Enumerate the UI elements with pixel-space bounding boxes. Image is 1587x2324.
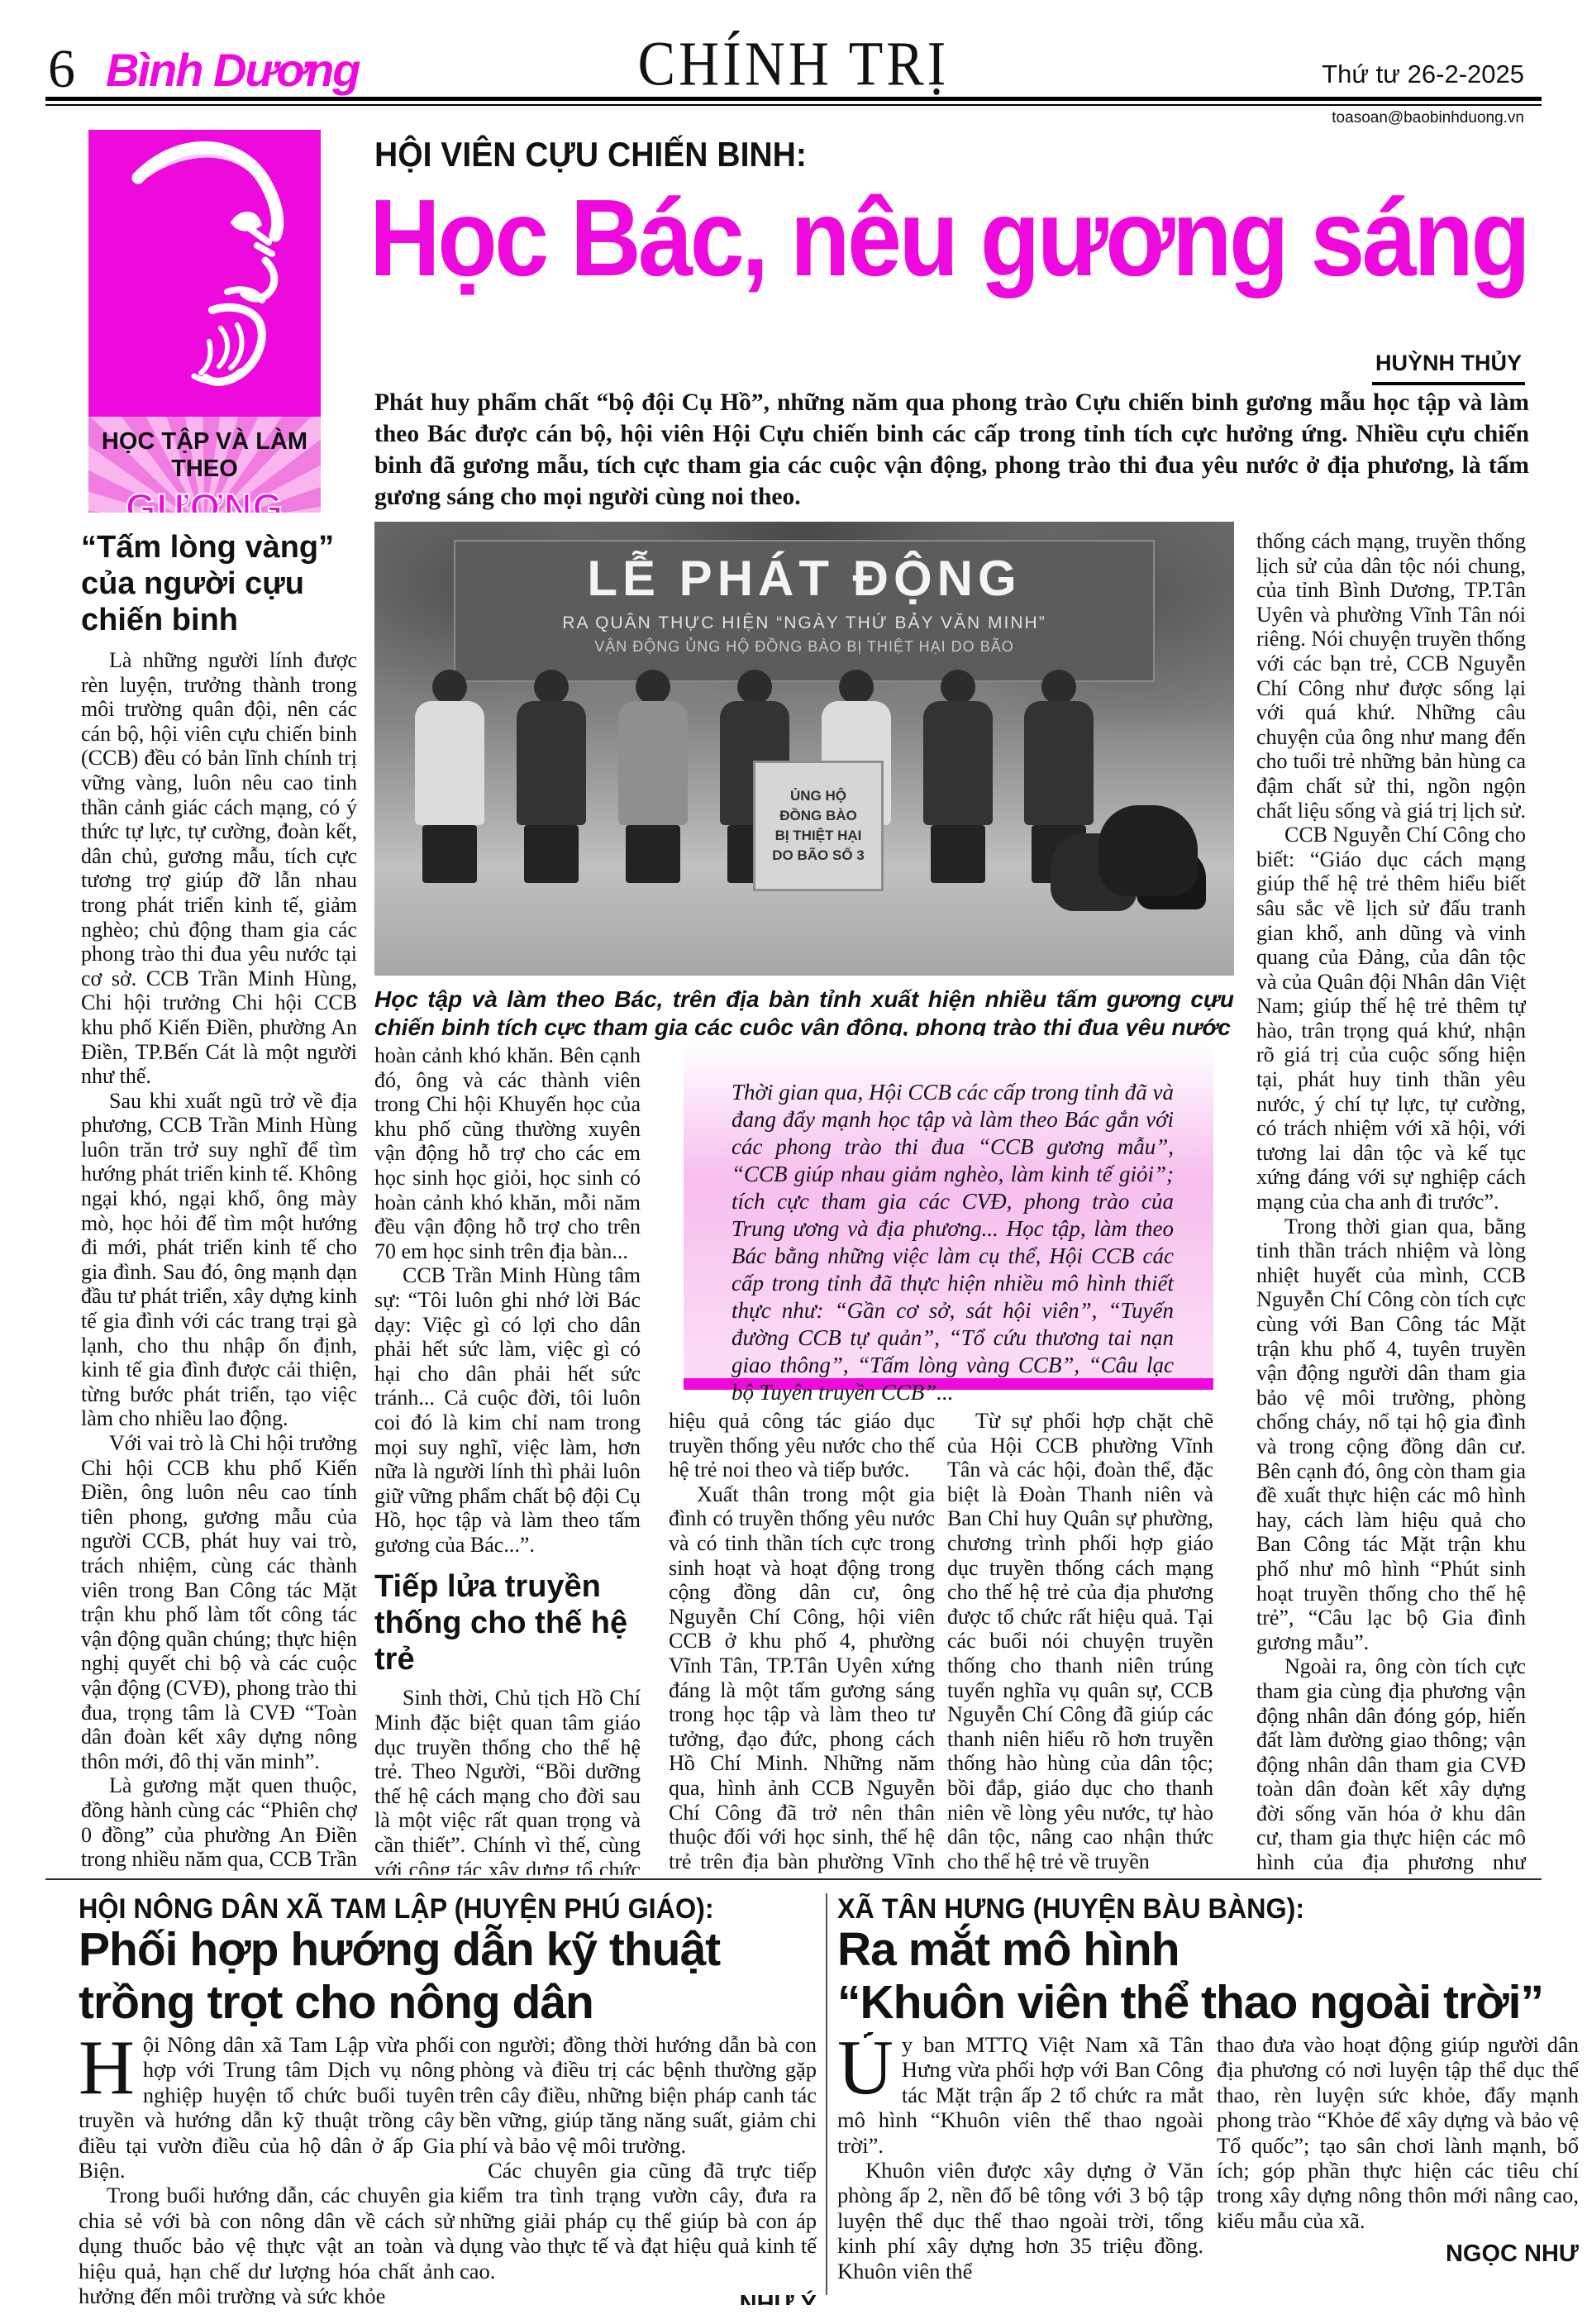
photo-banner-title: LỄ PHÁT ĐỘNG: [455, 550, 1153, 607]
bottom-left-col2: con người; đồng thời hướng dẫn bà con ph…: [460, 2032, 817, 2305]
article-paragraph: thống cách mạng, truyền thống lịch sử củ…: [1256, 529, 1526, 823]
article-paragraph: Khuôn viên được xây dựng ở Văn phòng ấp …: [837, 2158, 1203, 2283]
person-silhouette: [618, 670, 688, 883]
article-lead: Phát huy phẩm chất “bộ đội Cụ Hồ”, những…: [374, 387, 1529, 513]
column-c: Từ sự phối hợp chặt chẽ của Hội CCB phườ…: [947, 1409, 1213, 1873]
pull-quote-box: Thời gian qua, Hội CCB các cấp trong tỉn…: [684, 1036, 1213, 1390]
person-silhouette: [1024, 670, 1094, 883]
bottom-right-kicker: XÃ TÂN HƯNG (HUYỆN BÀU BÀNG):: [837, 1893, 1304, 1926]
badge-line1: HỌC TẬP VÀ LÀM THEO: [88, 428, 321, 483]
article-paragraph: CCB Trần Minh Hùng tâm sự: “Tôi luôn ghi…: [374, 1263, 641, 1557]
person-silhouette: [415, 670, 484, 883]
article-paragraph: Hội Nông dân xã Tam Lập vừa phối hợp với…: [79, 2032, 455, 2183]
person-silhouette: [517, 670, 586, 883]
subhead-tam-long-vang: “Tấm lòng vàng” của người cựu chiến binh: [81, 529, 357, 638]
photo-banner-line2: RA QUÂN THỰC HIỆN “NGÀY THỨ BẢY VĂN MINH…: [455, 613, 1153, 633]
drop-cap: H: [79, 2037, 135, 2098]
article-paragraph: CCB Nguyễn Chí Công cho biết: “Giáo dục …: [1256, 823, 1526, 1214]
bottom-right-headline: Ra mắt mô hình “Khuôn viên thể thao ngoà…: [837, 1923, 1581, 2029]
issue-date: Thứ tư 26-2-2025: [1322, 60, 1524, 89]
article-paragraph: Là những người lính được rèn luyện, trưở…: [81, 648, 357, 1089]
header-rule-thin: [45, 104, 1542, 106]
article-paragraph: Ủy ban MTTQ Việt Nam xã Tân Hưng vừa phố…: [837, 2032, 1203, 2158]
article-paragraph: Xuất thân trong một gia đình có truyền t…: [669, 1482, 935, 1873]
bottom-left-byline: NHƯ Ý: [460, 2292, 817, 2305]
drop-cap: Ủ: [837, 2037, 894, 2098]
bottom-right-headline-line1: Ra mắt mô hình: [837, 1923, 1581, 1976]
article-paragraph: Từ sự phối hợp chặt chẽ của Hội CCB phườ…: [947, 1409, 1213, 1873]
article-paragraph: hiệu quả công tác giáo dục truyền thống …: [669, 1409, 935, 1482]
donation-box-line: BỊ THIỆT HẠI: [755, 826, 881, 846]
column-a: hoàn cảnh khó khăn. Bên cạnh đó, ông và …: [374, 1043, 641, 1875]
article-paragraph: Với vai trò là Chi hội trưởng Chi hội CC…: [81, 1431, 357, 1773]
donation-box-line: ỦNG HỘ: [755, 786, 881, 806]
bottom-left-col1: Hội Nông dân xã Tam Lập vừa phối hợp với…: [79, 2032, 455, 2305]
column-divider: [826, 1893, 827, 2295]
article-paragraph: Trong buổi hướng dẫn, các chuyên gia chi…: [79, 2183, 455, 2305]
article-paragraph: Là gương mặt quen thuộc, đồng hành cùng …: [81, 1773, 357, 1874]
photo-banner-line3: VẬN ĐỘNG ỦNG HỘ ĐỒNG BÀO BỊ THIỆT HẠI DO…: [455, 638, 1153, 656]
section-divider: [45, 1878, 1542, 1880]
contact-email: toasoan@baobinhduong.vn: [1332, 109, 1524, 127]
bottom-left-headline: Phối hợp hướng dẫn kỹ thuật trồng trọt c…: [79, 1923, 822, 2029]
photo-caption: Học tập và làm theo Bác, trên địa bàn tỉ…: [374, 985, 1234, 1042]
person-silhouette: [923, 670, 993, 883]
donation-box-line: ĐỒNG BÀO: [755, 806, 881, 826]
article-paragraph: Sau khi xuất ngũ trở về địa phương, CCB …: [81, 1089, 357, 1431]
badge-band: HỌC TẬP VÀ LÀM THEO GƯƠNG BÁC: [88, 417, 321, 513]
paragraph-text: ội Nông dân xã Tam Lập vừa phối hợp với …: [79, 2032, 455, 2183]
column-b: hiệu quả công tác giáo dục truyền thống …: [669, 1409, 935, 1873]
bottom-right-headline-line2: “Khuôn viên thể thao ngoài trời”: [837, 1976, 1581, 2029]
header-rule-thick: [45, 97, 1542, 101]
article-paragraph: thao đưa vào hoạt động giúp người dân đị…: [1217, 2032, 1579, 2233]
article-paragraph: Ngoài ra, ông còn tích cực tham gia cùng…: [1256, 1654, 1526, 1874]
left-column: “Tấm lòng vàng” của người cựu chiến binh…: [81, 529, 357, 1874]
article-headline: Học Bác, nêu gương sáng: [369, 175, 1527, 300]
right-column: thống cách mạng, truyền thống lịch sử củ…: [1256, 529, 1526, 1874]
photo-banner: LỄ PHÁT ĐỘNG RA QUÂN THỰC HIỆN “NGÀY THỨ…: [454, 540, 1155, 682]
bottom-right-col2: thao đưa vào hoạt động giúp người dân đị…: [1217, 2032, 1579, 2305]
badge-line2: GƯƠNG BÁC: [88, 484, 321, 513]
relief-bags: [1099, 805, 1198, 896]
donation-box-line: DO BÃO SỐ 3: [755, 846, 881, 866]
bottom-right-col1: Ủy ban MTTQ Việt Nam xã Tân Hưng vừa phố…: [837, 2032, 1203, 2305]
article-byline: HUỲNH THỦY: [1372, 351, 1525, 385]
article-photo: LỄ PHÁT ĐỘNG RA QUÂN THỰC HIỆN “NGÀY THỨ…: [374, 522, 1234, 976]
article-paragraph: hoàn cảnh khó khăn. Bên cạnh đó, ông và …: [374, 1043, 641, 1263]
article-paragraph: Sinh thời, Chủ tịch Hồ Chí Minh đặc biệt…: [374, 1686, 641, 1875]
bottom-left-kicker: HỘI NÔNG DÂN XÃ TAM LẬP (HUYỆN PHÚ GIÁO)…: [79, 1893, 714, 1926]
bottom-right-byline: NGỌC NHƯ: [1217, 2241, 1579, 2266]
hoc-tap-badge: HỌC TẬP VÀ LÀM THEO GƯƠNG BÁC: [88, 130, 321, 513]
newspaper-page: 6 Bình Dương CHÍNH TRỊ Thứ tư 26-2-2025 …: [0, 0, 1587, 2324]
subhead-tiep-lua: Tiếp lửa truyền thống cho thế hệ trẻ: [374, 1568, 641, 1677]
article-paragraph: Các chuyên gia cũng đã trực tiếp kiểm tr…: [460, 2158, 817, 2283]
article-kicker: HỘI VIÊN CỰU CHIẾN BINH:: [374, 135, 807, 174]
article-paragraph: Trong thời gian qua, bằng tinh thần trác…: [1256, 1214, 1526, 1655]
article-paragraph: con người; đồng thời hướng dẫn bà con ph…: [460, 2032, 817, 2158]
ho-chi-minh-silhouette-icon: [88, 130, 321, 419]
donation-box: ỦNG HỘ ĐỒNG BÀO BỊ THIỆT HẠI DO BÃO SỐ 3: [753, 761, 884, 891]
